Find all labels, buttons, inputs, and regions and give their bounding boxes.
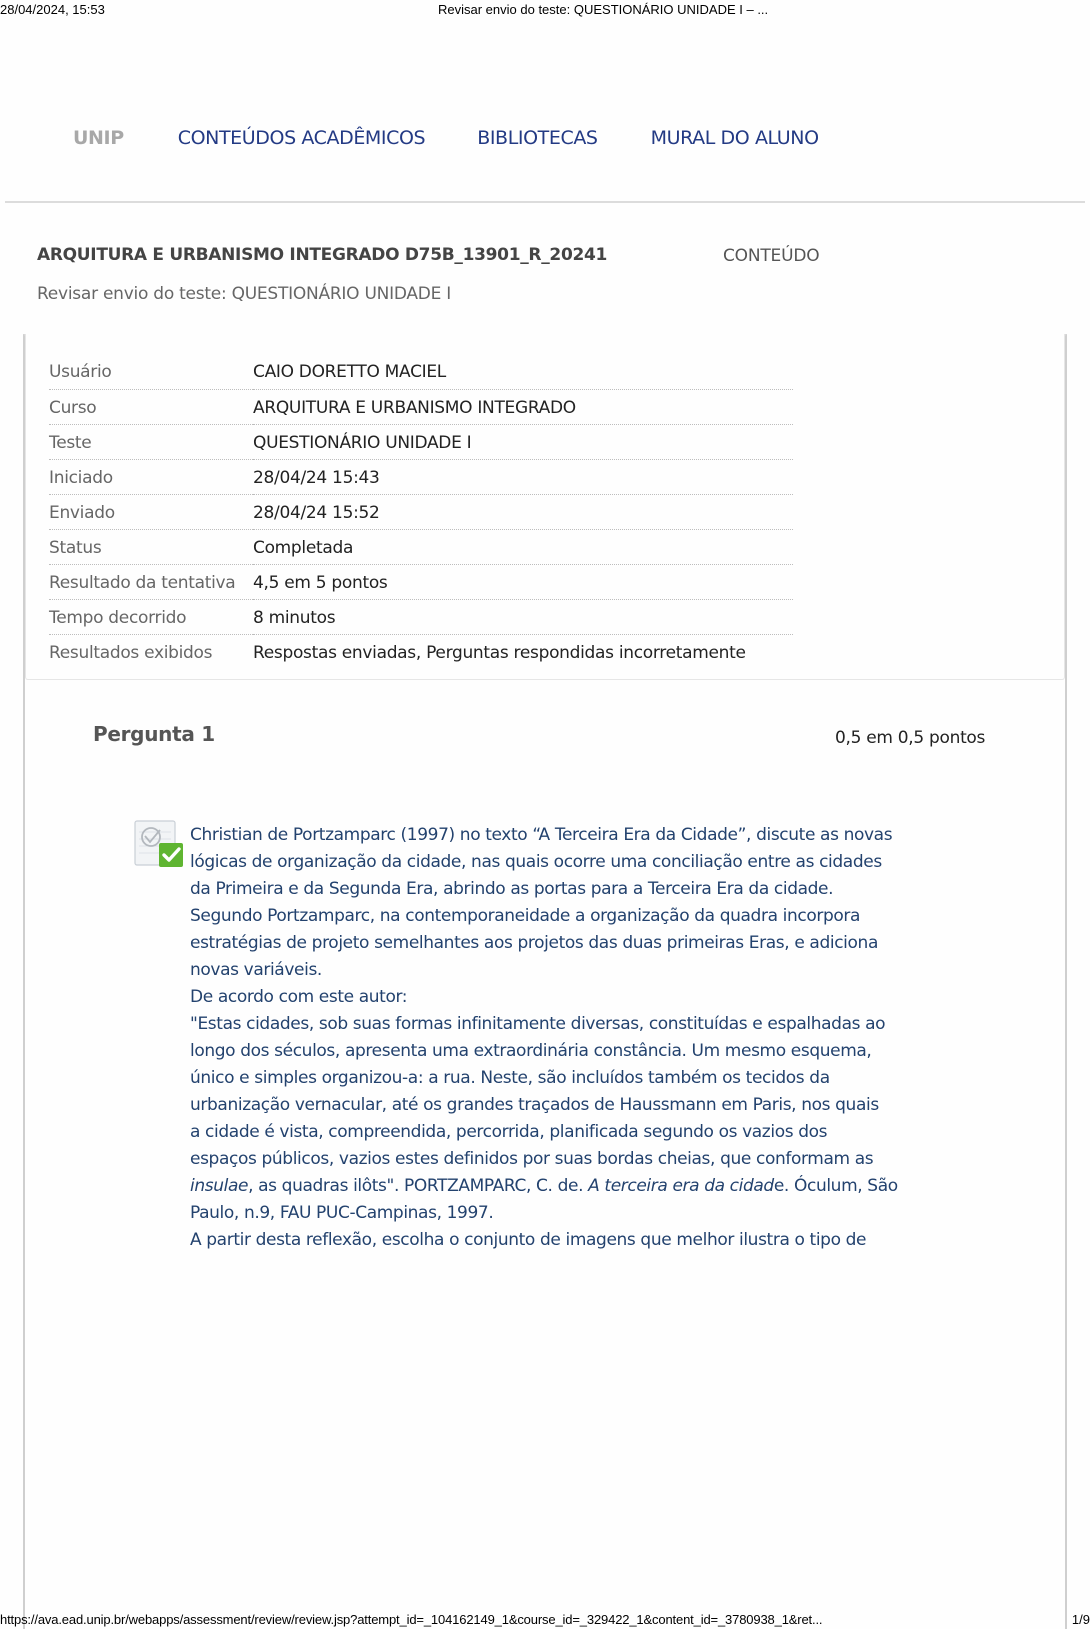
summary-label: Resultado da tentativa	[49, 564, 253, 599]
question-text-line: Paulo, n.9, FAU PUC-Campinas, 1997.	[190, 1200, 990, 1227]
print-page-title: Revisar envio do teste: QUESTIONÁRIO UNI…	[438, 2, 768, 17]
print-footer: https://ava.ead.unip.br/webapps/assessme…	[0, 1610, 1090, 1629]
nav-bibliotecas[interactable]: BIBLIOTECAS	[477, 127, 597, 149]
summary-row: Enviado28/04/24 15:52	[49, 494, 793, 529]
question-text-line: a cidade é vista, compreendida, percorri…	[190, 1119, 990, 1146]
question-text-line: urbanização vernacular, até os grandes t…	[190, 1092, 990, 1119]
summary-row: Resultados exibidosRespostas enviadas, P…	[49, 634, 793, 669]
question-text-line: da Primeira e da Segunda Era, abrindo as…	[190, 876, 990, 903]
citation-italic: A terceira era da cidad	[588, 1176, 774, 1196]
question-text-line: novas variáveis.	[190, 957, 990, 984]
summary-value: QUESTIONÁRIO UNIDADE I	[253, 424, 793, 459]
summary-value: CAIO DORETTO MACIEL	[253, 354, 793, 389]
summary-row: TesteQUESTIONÁRIO UNIDADE I	[49, 424, 793, 459]
summary-value: 28/04/24 15:43	[253, 459, 793, 494]
print-page-number: 1/9	[1072, 1612, 1090, 1627]
question-text-line: longo dos séculos, apresenta uma extraor…	[190, 1038, 990, 1065]
summary-label: Tempo decorrido	[49, 599, 253, 634]
summary-value: Completada	[253, 529, 793, 564]
question-text-line: "Estas cidades, sob suas formas infinita…	[190, 1011, 990, 1038]
citation-text: e. Óculum, São	[774, 1176, 898, 1196]
summary-value: 8 minutos	[253, 599, 793, 634]
content-link[interactable]: CONTEÚDO	[723, 246, 819, 266]
question-text-line: estratégias de projeto semelhantes aos p…	[190, 930, 990, 957]
print-url: https://ava.ead.unip.br/webapps/assessme…	[0, 1612, 822, 1627]
question-title: Pergunta 1	[93, 722, 215, 746]
summary-value: Respostas enviadas, Perguntas respondida…	[253, 634, 793, 669]
nav-mural-do-aluno[interactable]: MURAL DO ALUNO	[651, 127, 819, 149]
summary-value: 28/04/24 15:52	[253, 494, 793, 529]
question-text-line: A partir desta reflexão, escolha o conju…	[190, 1227, 990, 1254]
correct-answer-check-icon	[133, 818, 185, 870]
summary-row: CursoARQUITURA E URBANISMO INTEGRADO	[49, 389, 793, 424]
summary-row: UsuárioCAIO DORETTO MACIEL	[49, 354, 793, 389]
summary-label: Status	[49, 529, 253, 564]
summary-row: Resultado da tentativa4,5 em 5 pontos	[49, 564, 793, 599]
question-text-line: único e simples organizou-a: a rua. Nest…	[190, 1065, 990, 1092]
summary-row: StatusCompletada	[49, 529, 793, 564]
nav-brand-unip[interactable]: UNIP	[73, 127, 124, 149]
summary-value: ARQUITURA E URBANISMO INTEGRADO	[253, 389, 793, 424]
page-subtitle: Revisar envio do teste: QUESTIONÁRIO UNI…	[37, 284, 451, 304]
summary-label: Iniciado	[49, 459, 253, 494]
question-text-line: Segundo Portzamparc, na contemporaneidad…	[190, 903, 990, 930]
summary-label: Resultados exibidos	[49, 634, 253, 669]
question-text-line: espaços públicos, vazios estes definidos…	[190, 1146, 990, 1173]
attempt-summary-table: UsuárioCAIO DORETTO MACIELCursoARQUITURA…	[49, 354, 793, 669]
summary-label: Enviado	[49, 494, 253, 529]
summary-row: Tempo decorrido8 minutos	[49, 599, 793, 634]
print-header: 28/04/2024, 15:53 Revisar envio do teste…	[0, 0, 1090, 24]
summary-label: Usuário	[49, 354, 253, 389]
nav-divider	[5, 201, 1085, 203]
summary-label: Teste	[49, 424, 253, 459]
question-text-line: De acordo com este autor:	[190, 984, 990, 1011]
nav-conteudos-academicos[interactable]: CONTEÚDOS ACADÊMICOS	[178, 127, 425, 149]
question-text-line: lógicas de organização da cidade, nas qu…	[190, 849, 990, 876]
question-text-line: Christian de Portzamparc (1997) no texto…	[190, 822, 990, 849]
print-date: 28/04/2024, 15:53	[0, 2, 105, 17]
question-text: Christian de Portzamparc (1997) no texto…	[190, 822, 990, 1254]
citation-text: , as quadras ilôts". PORTZAMPARC, C. de.	[248, 1176, 588, 1196]
citation-italic: insulae	[190, 1176, 248, 1196]
summary-row: Iniciado28/04/24 15:43	[49, 459, 793, 494]
question-citation-line: insulae, as quadras ilôts". PORTZAMPARC,…	[190, 1173, 990, 1200]
summary-value: 4,5 em 5 pontos	[253, 564, 793, 599]
summary-label: Curso	[49, 389, 253, 424]
question-score: 0,5 em 0,5 pontos	[835, 728, 985, 748]
top-navigation: UNIP CONTEÚDOS ACADÊMICOS BIBLIOTECAS MU…	[73, 122, 819, 154]
course-title: ARQUITURA E URBANISMO INTEGRADO D75B_139…	[37, 245, 607, 265]
